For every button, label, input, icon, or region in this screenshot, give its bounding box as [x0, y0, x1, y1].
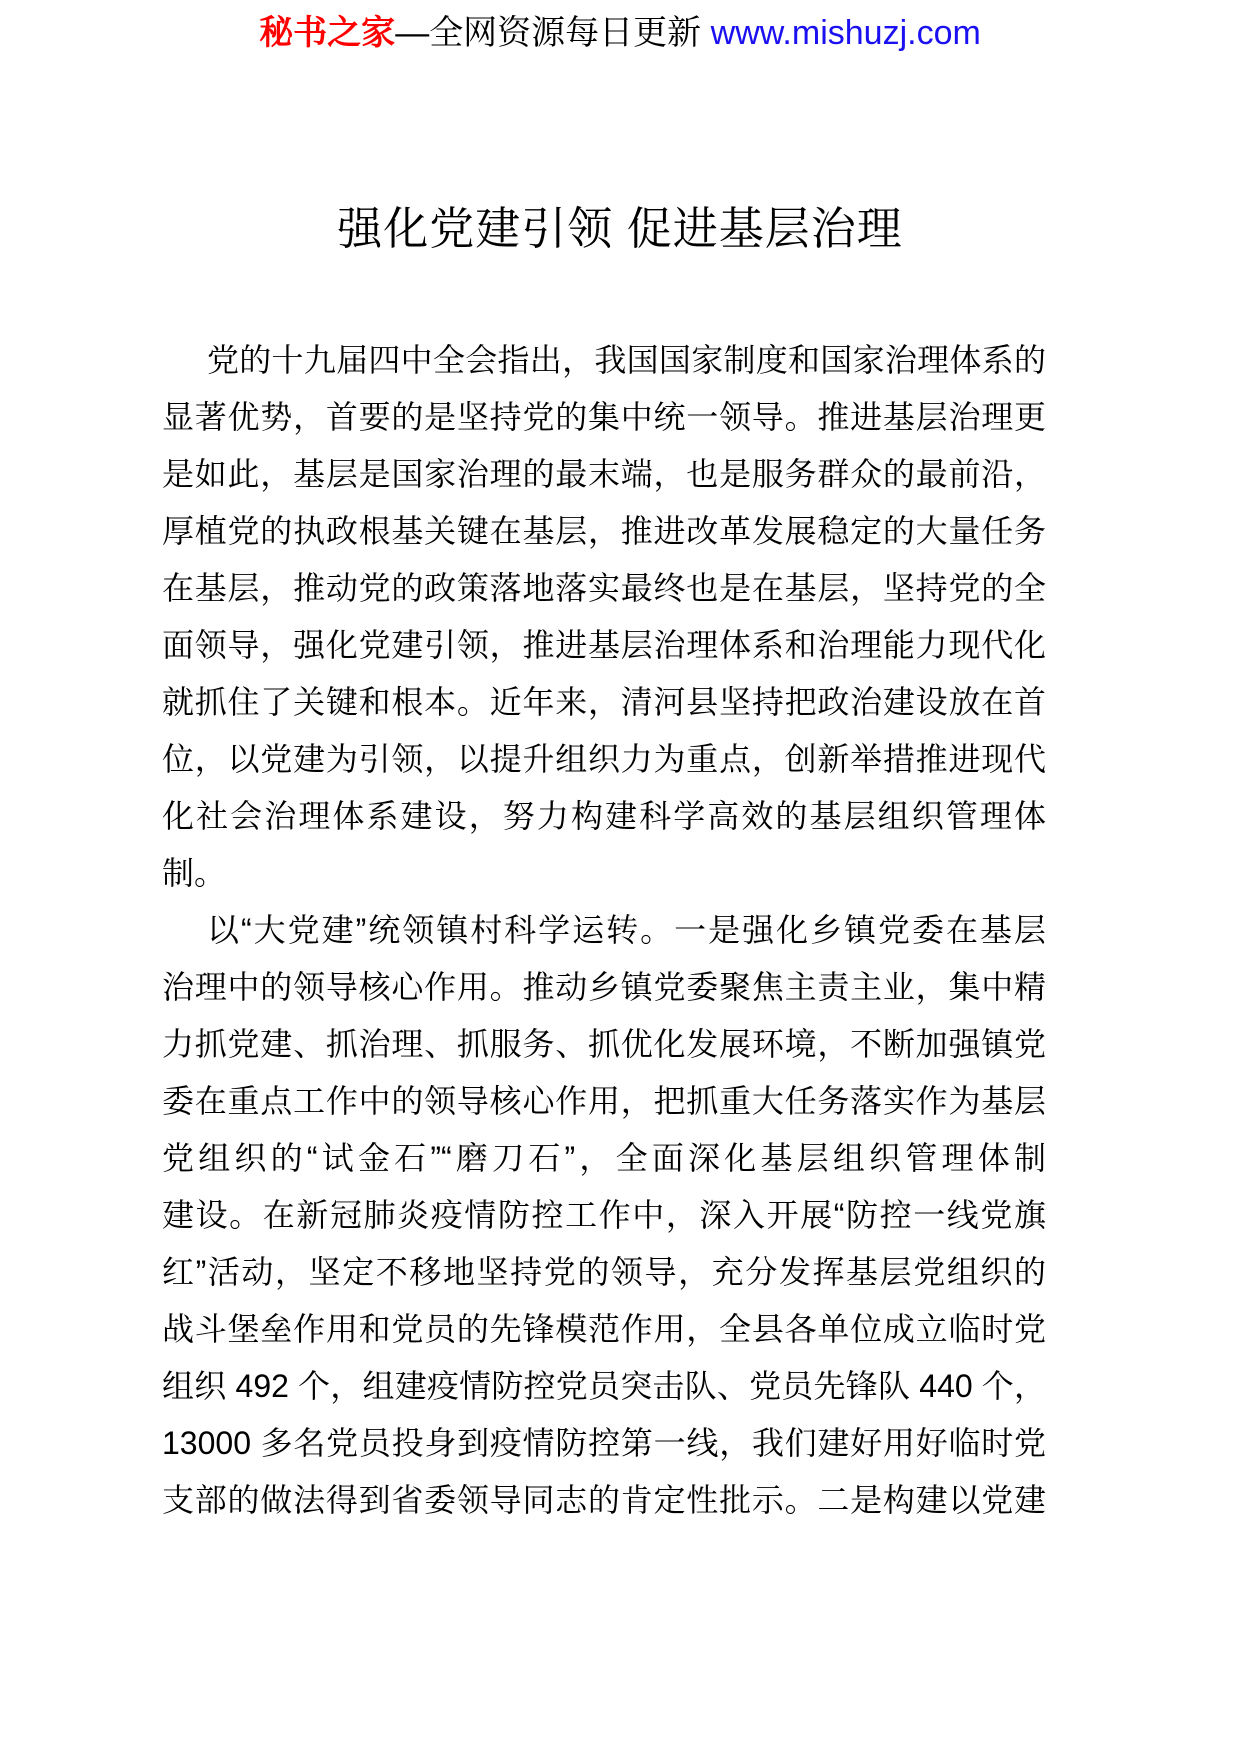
paragraph-2-line-6: 建设。在新冠肺炎疫情防控工作中，深入开展“防控一线党旗 [162, 1187, 1046, 1244]
page-title: 强化党建引领 促进基层治理 [0, 200, 1240, 258]
site-url-link[interactable]: www.mishuzj.com [711, 14, 981, 52]
paragraph-2-line-8: 战斗堡垒作用和党员的先锋模范作用，全县各单位成立临时党 [162, 1301, 1046, 1358]
paragraph-2-line-5: 党组织的“试金石”“磨刀石”，全面深化基层组织管理体制 [162, 1130, 1046, 1187]
paragraph-2-line-2: 治理中的领导核心作用。推动乡镇党委聚焦主责主业，集中精 [162, 959, 1046, 1016]
paragraph-1-line-3: 是如此，基层是国家治理的最末端，也是服务群众的最前沿， [162, 446, 1046, 503]
document-page: 秘书之家—全网资源每日更新 www.mishuzj.com 强化党建引领 促进基… [0, 0, 1240, 1754]
paragraph-1-line-1: 党的十九届四中全会指出，我国国家制度和国家治理体系的 [162, 332, 1046, 389]
paragraph-1-line-5: 在基层，推动党的政策落地落实最终也是在基层，坚持党的全 [162, 560, 1046, 617]
document-body: 党的十九届四中全会指出，我国国家制度和国家治理体系的显著优势，首要的是坚持党的集… [162, 332, 1046, 1529]
paragraph-1-line-8: 位，以党建为引领，以提升组织力为重点，创新举措推进现代 [162, 731, 1046, 788]
paragraph-1-line-10: 制。 [162, 845, 1046, 902]
paragraph-2-line-10: 13000 多名党员投身到疫情防控第一线，我们建好用好临时党 [162, 1415, 1046, 1472]
header-banner: 秘书之家—全网资源每日更新 www.mishuzj.com [0, 12, 1240, 54]
paragraph-1-line-6: 面领导，强化党建引领，推进基层治理体系和治理能力现代化 [162, 617, 1046, 674]
paragraph-1-line-9: 化社会治理体系建设，努力构建科学高效的基层组织管理体 [162, 788, 1046, 845]
paragraph-2-line-4: 委在重点工作中的领导核心作用，把抓重大任务落实作为基层 [162, 1073, 1046, 1130]
site-name: 秘书之家 [259, 14, 395, 52]
paragraph-2-line-7: 红”活动，坚定不移地坚持党的领导，充分发挥基层党组织的 [162, 1244, 1046, 1301]
paragraph-1-line-4: 厚植党的执政根基关键在基层，推进改革发展稳定的大量任务 [162, 503, 1046, 560]
paragraph-2-line-1: 以“大党建”统领镇村科学运转。一是强化乡镇党委在基层 [162, 902, 1046, 959]
paragraph-1-line-7: 就抓住了关键和根本。近年来，清河县坚持把政治建设放在首 [162, 674, 1046, 731]
paragraph-2-line-3: 力抓党建、抓治理、抓服务、抓优化发展环境，不断加强镇党 [162, 1016, 1046, 1073]
paragraph-1-line-2: 显著优势，首要的是坚持党的集中统一领导。推进基层治理更 [162, 389, 1046, 446]
paragraph-2-line-9: 组织 492 个，组建疫情防控党员突击队、党员先锋队 440 个， [162, 1358, 1046, 1415]
header-tagline: —全网资源每日更新 [395, 14, 710, 52]
paragraph-2-line-11: 支部的做法得到省委领导同志的肯定性批示。二是构建以党建 [162, 1472, 1046, 1529]
